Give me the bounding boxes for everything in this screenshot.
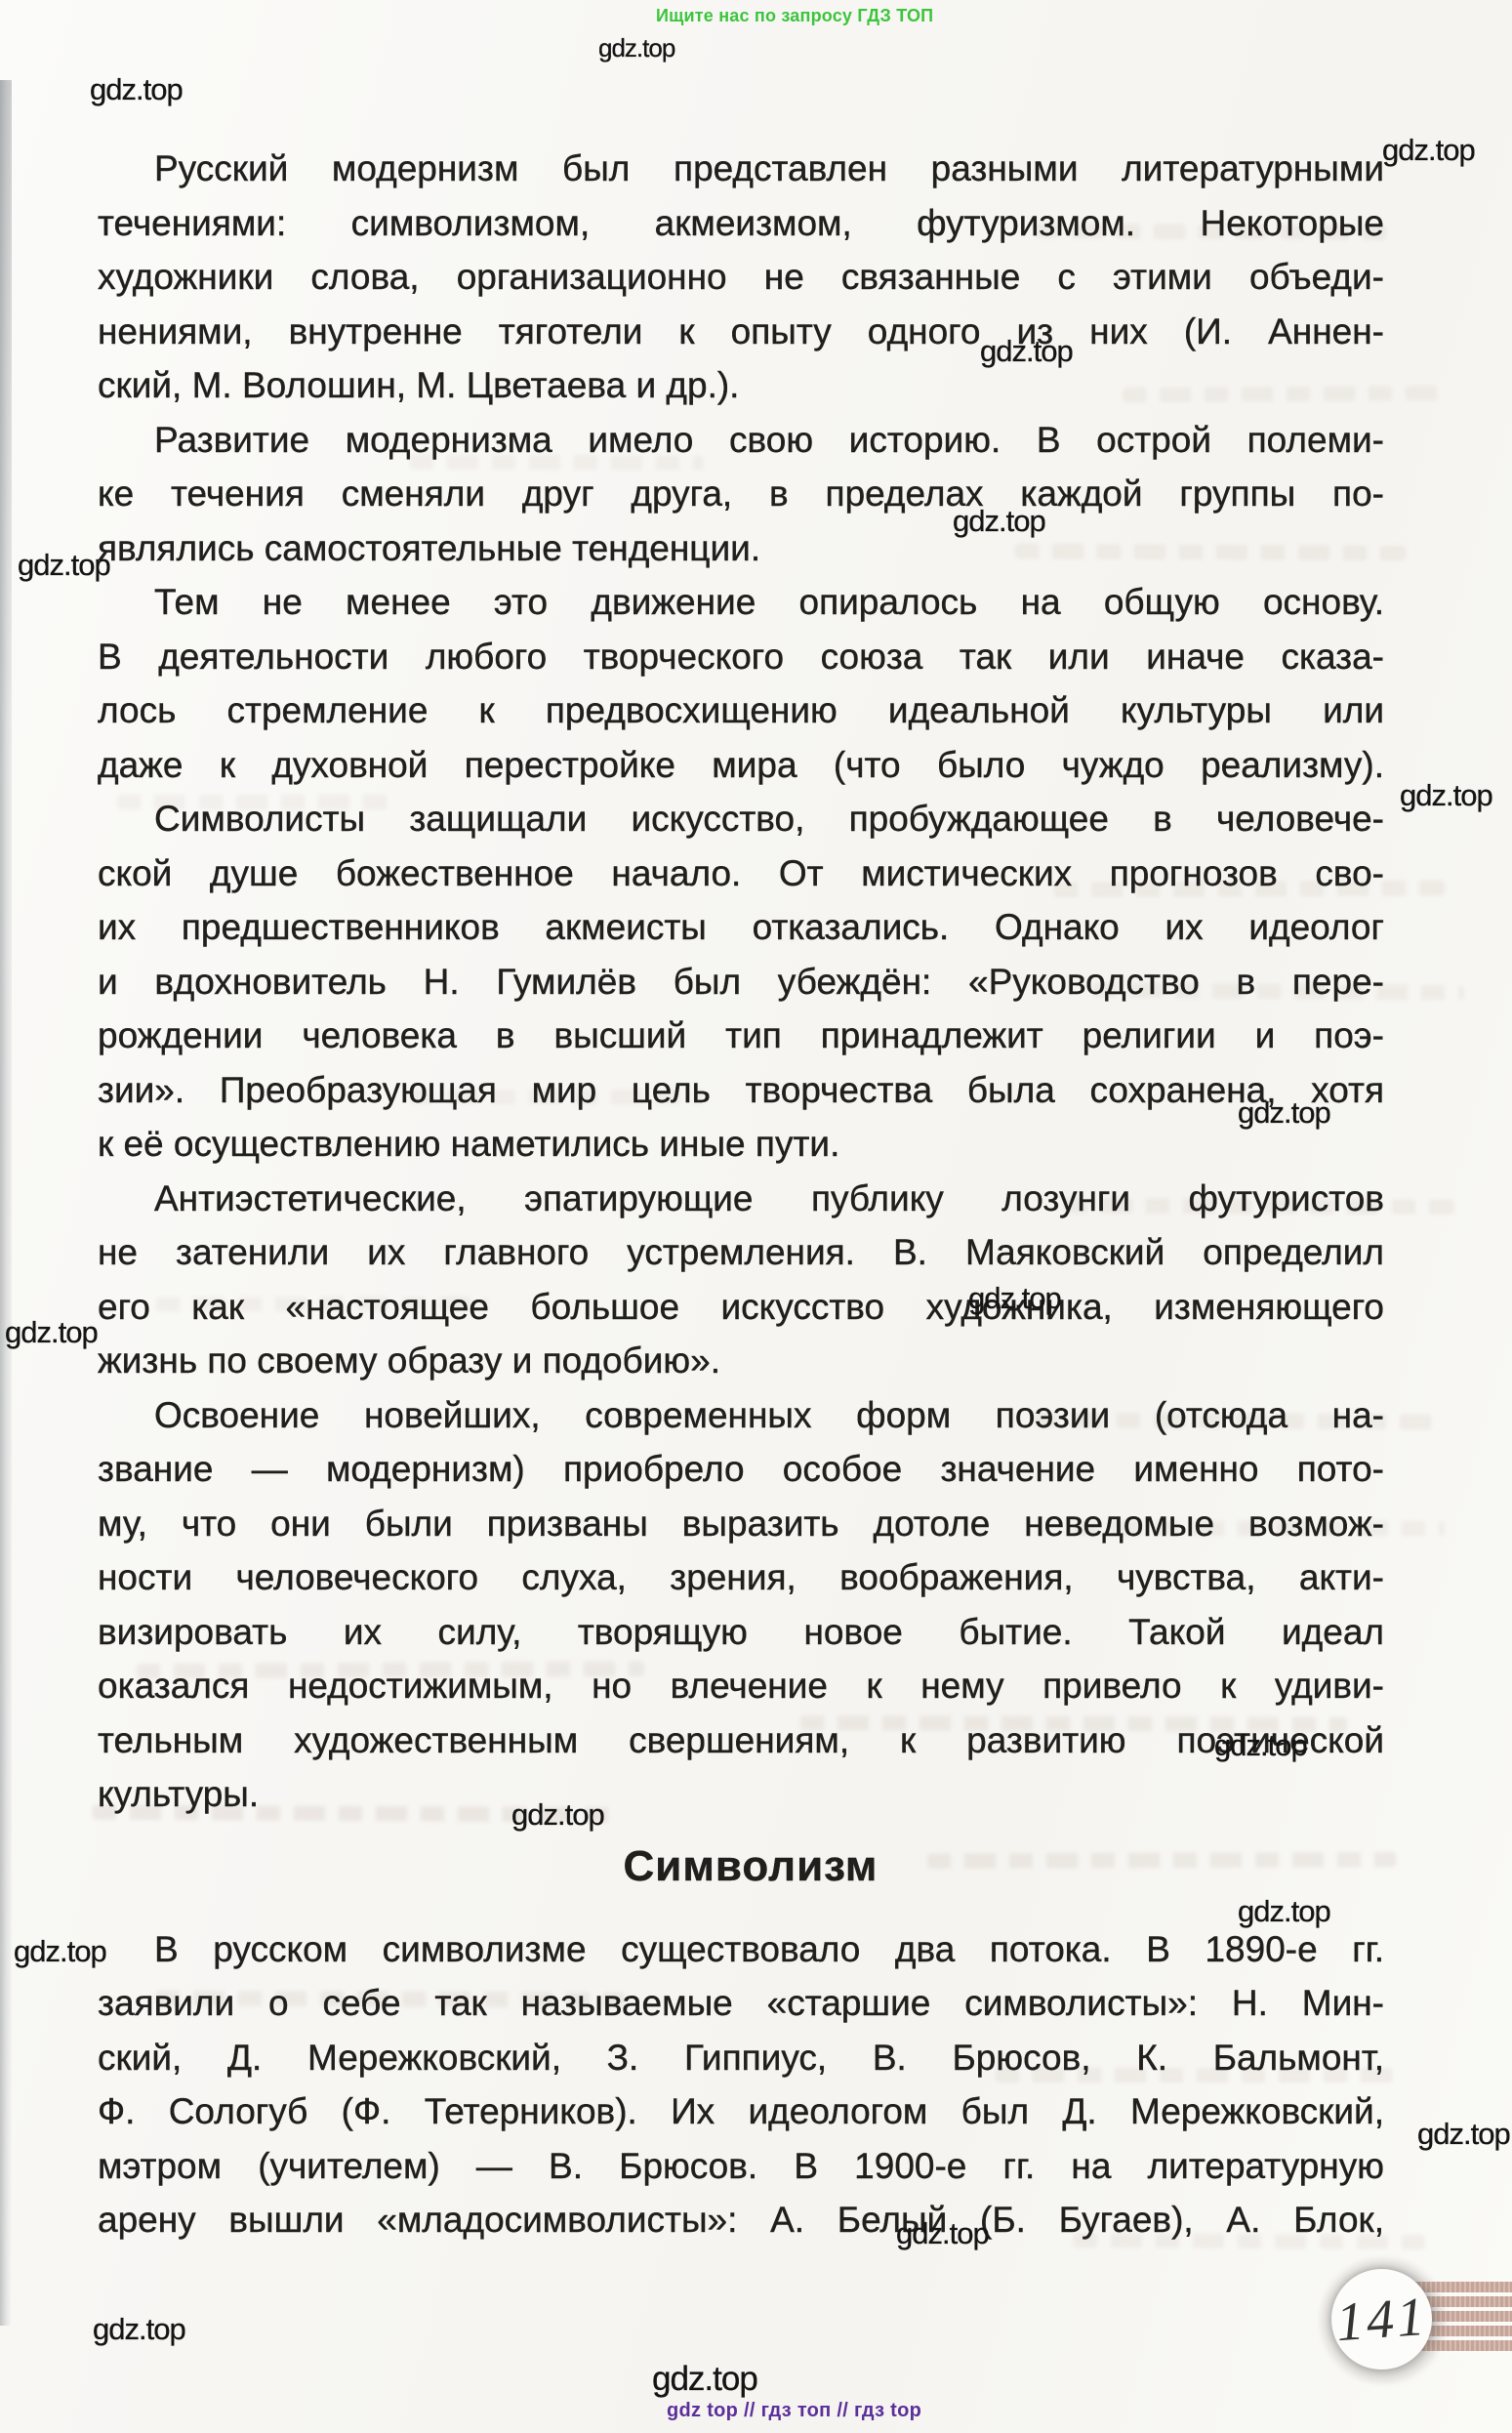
- gdz-watermark: gdz.top: [1214, 1728, 1307, 1763]
- gdz-watermark: gdz.top: [896, 2216, 989, 2251]
- gdz-watermark: gdz.top: [90, 72, 183, 107]
- page-number: 141: [1334, 2285, 1429, 2353]
- text-line: му, что они были призваны выразить дотол…: [98, 1497, 1384, 1551]
- text-line: Освоение новейших, современных форм поэз…: [98, 1388, 1384, 1443]
- scanned-textbook-page: Ищите нас по запросу ГДЗ ТОП Русский мод…: [0, 0, 1512, 2433]
- paragraph: Символисты защищали искусство, пробуждаю…: [98, 792, 1384, 1172]
- text-line: ской душе божественное начало. От мистич…: [98, 846, 1384, 901]
- gdz-watermark: gdz.top: [980, 334, 1073, 369]
- gdz-watermark: gdz.top: [1238, 1095, 1330, 1131]
- gdz-watermark: gdz.top: [953, 504, 1045, 539]
- text-line: В деятельности любого творческого союза …: [98, 630, 1384, 684]
- paragraph: Развитие модернизма имело свою историю. …: [98, 413, 1384, 576]
- footer-tagline: gdz top // гдз топ // гдз top: [667, 2400, 921, 2422]
- text-line: визировать их силу, творящую новое бытие…: [98, 1605, 1384, 1660]
- section-heading: Символизм: [107, 1839, 1394, 1893]
- gdz-watermark: gdz.top: [93, 2312, 185, 2347]
- paragraph: В русском символизме существовало два по…: [98, 1922, 1384, 2247]
- text-line: рождении человека в высший тип принадлеж…: [98, 1009, 1384, 1063]
- gdz-watermark: gdz.top: [18, 548, 110, 583]
- text-line: культуры.: [98, 1767, 1384, 1822]
- paragraph: Антиэстетические, эпатирующие публику ло…: [98, 1172, 1384, 1388]
- promo-banner: Ищите нас по запросу ГДЗ ТОП: [656, 6, 933, 26]
- text-line: Антиэстетические, эпатирующие публику ло…: [98, 1172, 1384, 1226]
- text-line: ности человеческого слуха, зрения, вообр…: [98, 1550, 1384, 1605]
- text-line: Развитие модернизма имело свою историю. …: [98, 413, 1384, 468]
- paragraph: Русский модернизм был представлен разным…: [98, 142, 1384, 413]
- text-line: зии». Преобразующая мир цель творчества …: [98, 1063, 1384, 1118]
- text-line: арену вышли «младосимволисты»: А. Белый …: [98, 2193, 1384, 2247]
- text-line: Символисты защищали искусство, пробуждаю…: [98, 792, 1384, 846]
- gdz-watermark: gdz.top: [14, 1934, 106, 1969]
- text-line: Русский модернизм был представлен разным…: [98, 142, 1384, 196]
- text-column: Русский модернизм был представлен разным…: [98, 142, 1384, 2247]
- gdz-watermark: gdz.top: [1238, 1894, 1330, 1929]
- page-edge-shadow: [0, 80, 12, 2326]
- text-line: лось стремление к предвосхищению идеальн…: [98, 683, 1384, 738]
- text-line: В русском символизме существовало два по…: [98, 1922, 1384, 1977]
- gdz-watermark: gdz.top: [1382, 133, 1475, 168]
- text-line: ский, М. Волошин, М. Цветаева и др.).: [98, 358, 1384, 413]
- gdz-watermark: gdz.top: [1417, 2117, 1510, 2152]
- paragraph: Освоение новейших, современных форм поэз…: [98, 1388, 1384, 1822]
- gdz-watermark: gdz.top: [1400, 778, 1492, 813]
- text-line: Ф. Сологуб (Ф. Тетерников). Их идеологом…: [98, 2084, 1384, 2139]
- text-line: ский, Д. Мережковский, З. Гиппиус, В. Бр…: [98, 2031, 1384, 2085]
- text-line: даже к духовной перестройке мира (что бы…: [98, 738, 1384, 793]
- text-line: и вдохновитель Н. Гумилёв был убеждён: «…: [98, 955, 1384, 1010]
- text-line: ке течения сменяли друг друга, в предела…: [98, 467, 1384, 521]
- text-line: мэтром (учителем) — В. Брюсов. В 1900-е …: [98, 2139, 1384, 2194]
- text-line: художники слова, организационно не связа…: [98, 250, 1384, 305]
- text-line: Тем не менее это движение опиралось на о…: [98, 575, 1384, 630]
- text-line: его как «настоящее большое искусство худ…: [98, 1280, 1384, 1335]
- paragraph: Тем не менее это движение опиралось на о…: [98, 575, 1384, 792]
- gdz-watermark: gdz.top: [511, 1797, 604, 1833]
- gdz-watermark: gdz.top: [652, 2360, 757, 2399]
- text-line: течениями: символизмом, акмеизмом, футур…: [98, 196, 1384, 251]
- text-line: жизнь по своему образу и подобию».: [98, 1334, 1384, 1388]
- text-line: их предшественников акмеисты отказались.…: [98, 900, 1384, 955]
- text-line: являлись самостоятельные тенденции.: [98, 521, 1384, 576]
- text-line: не затенили их главного устремления. В. …: [98, 1225, 1384, 1280]
- text-line: звание — модернизм) приобрело особое зна…: [98, 1442, 1384, 1497]
- gdz-watermark: gdz.top: [5, 1315, 98, 1350]
- text-line: оказался недостижимым, но влечение к нем…: [98, 1659, 1384, 1713]
- page-number-badge: 141: [1331, 2269, 1432, 2370]
- text-line: нениями, внутренне тяготели к опыту одно…: [98, 305, 1384, 359]
- text-line: заявили о себе так называемые «старшие с…: [98, 1976, 1384, 2031]
- gdz-watermark: gdz.top: [968, 1281, 1061, 1316]
- gdz-watermark: gdz.top: [598, 33, 674, 63]
- text-line: к её осуществлению наметились иные пути.: [98, 1117, 1384, 1172]
- text-line: тельным художественным свершениям, к раз…: [98, 1713, 1384, 1768]
